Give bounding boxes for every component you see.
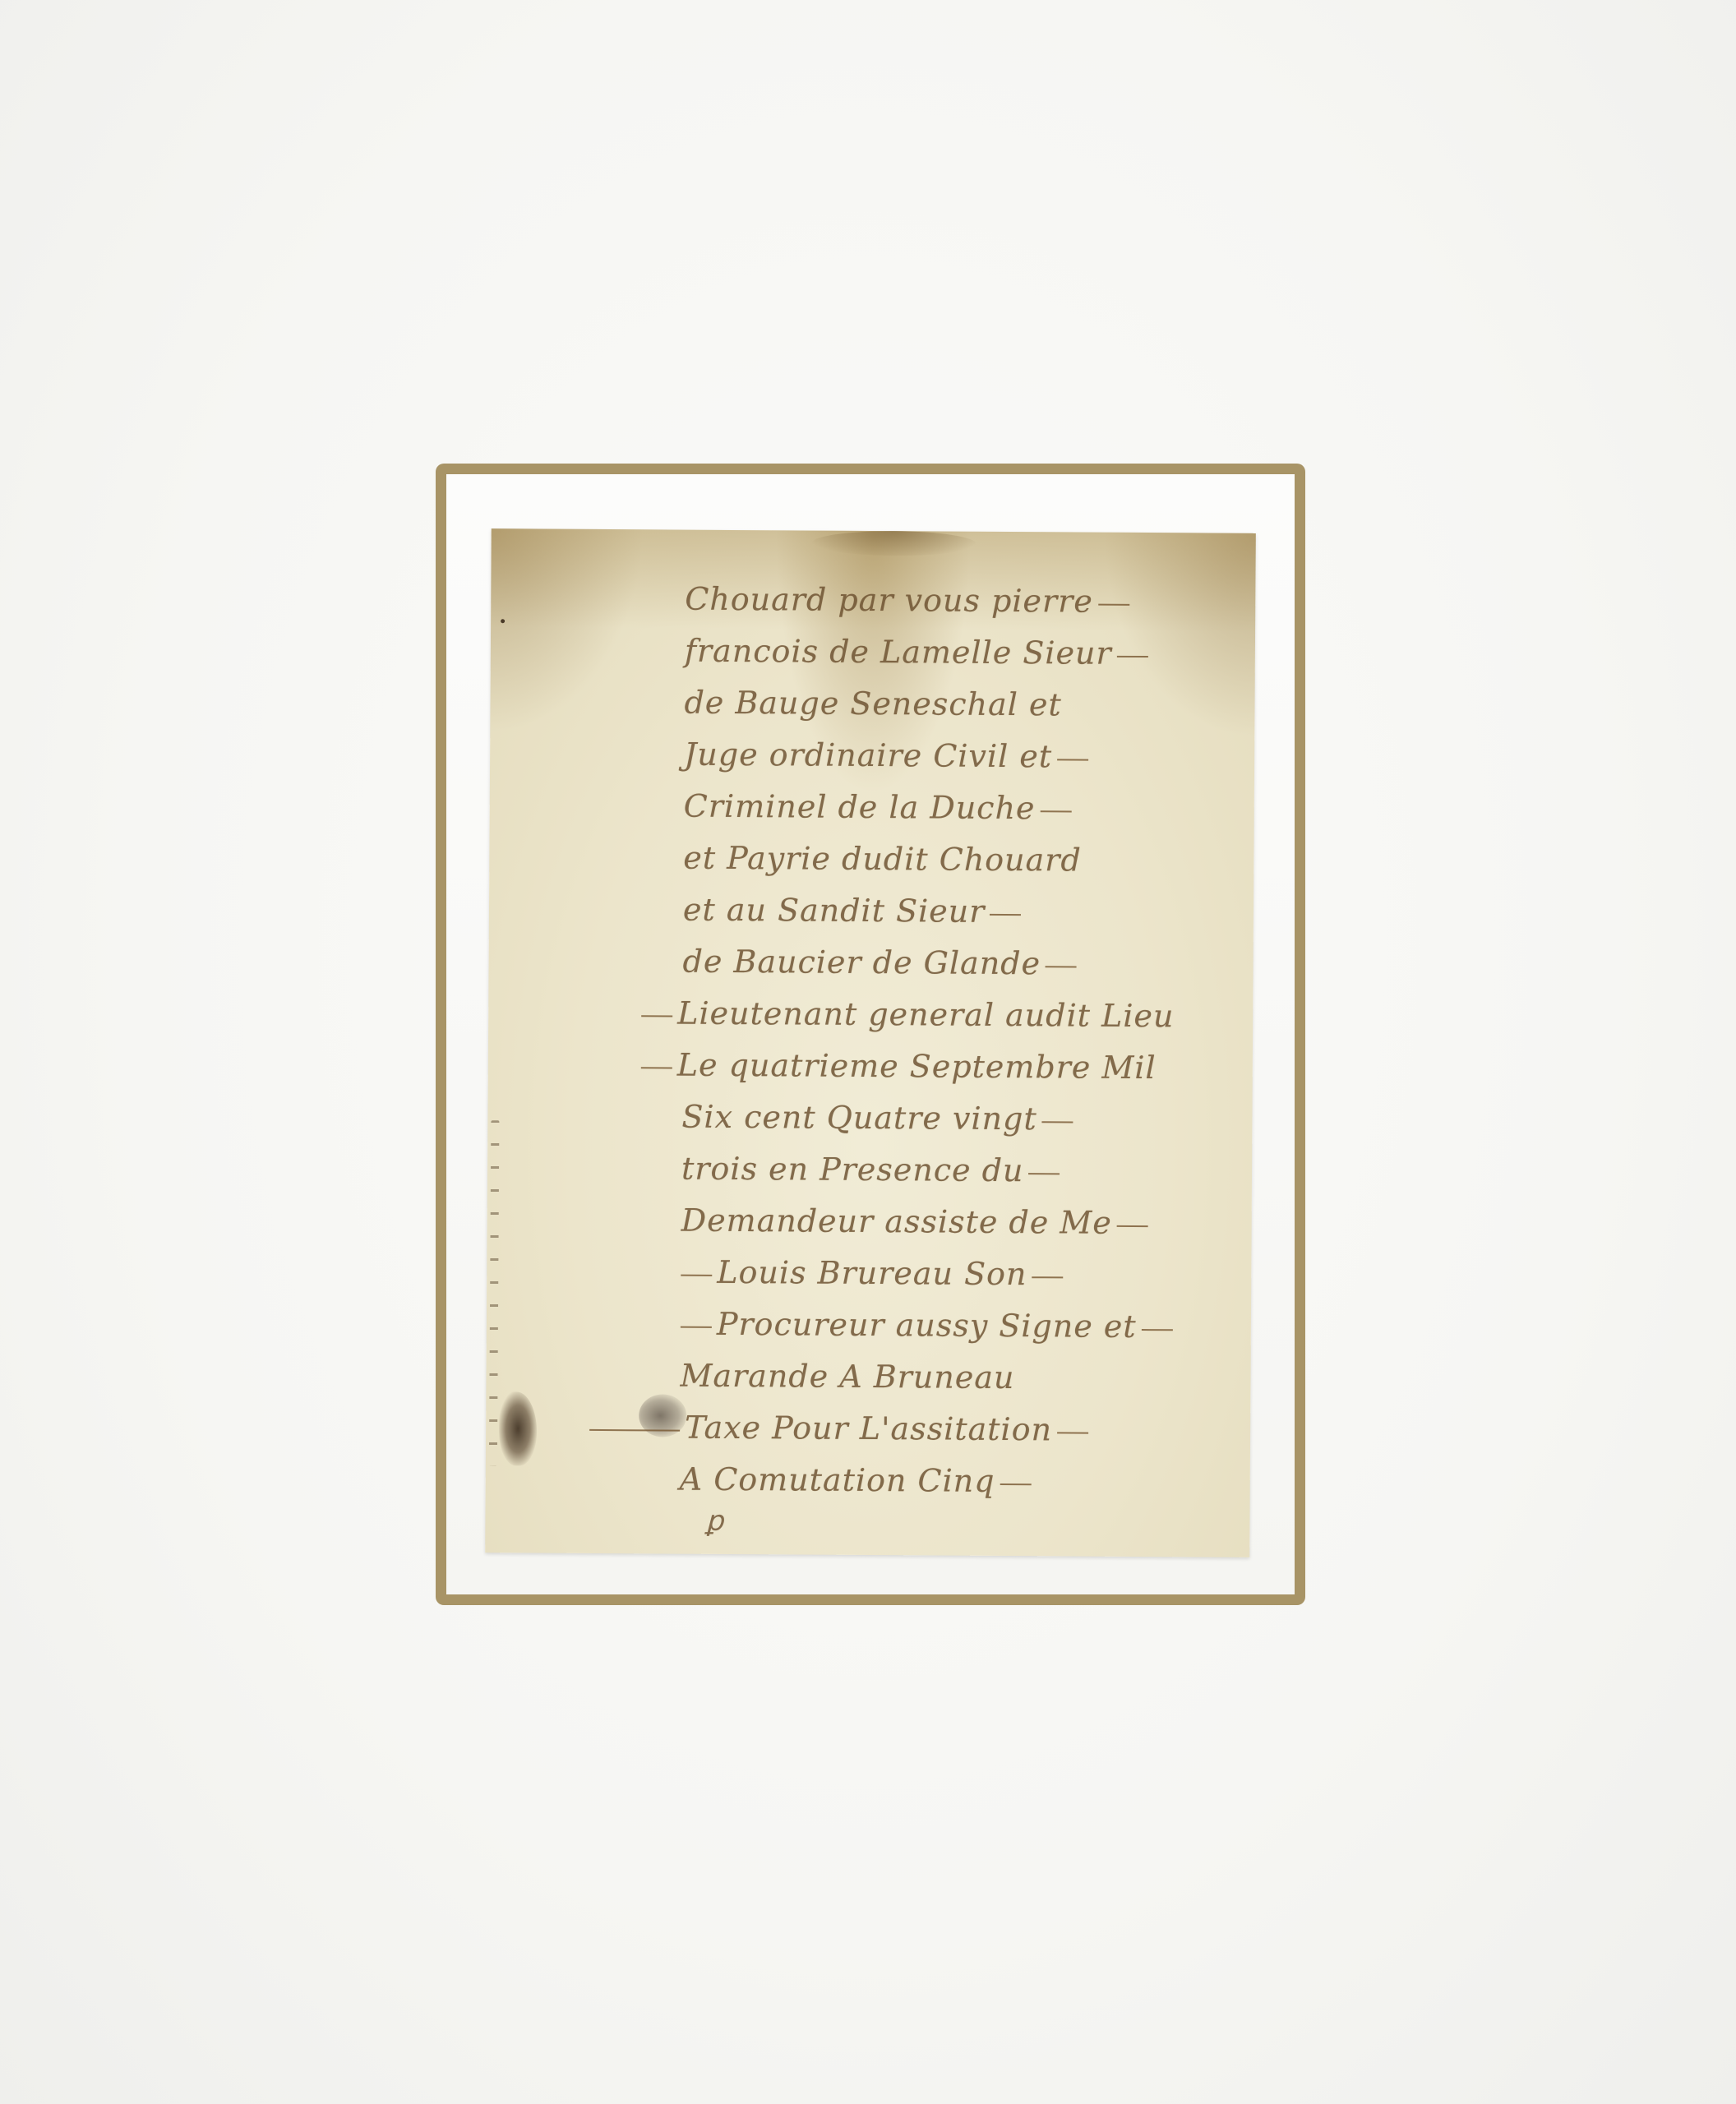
signature-flourish: ꝑ [705, 1505, 723, 1538]
script-line: trois en Presence du [681, 1151, 1224, 1206]
script-line: Chouard par vous pierre [685, 581, 1227, 636]
script-line: Procureur aussy Signe et [681, 1306, 1223, 1361]
ink-dot [501, 619, 505, 623]
script-line: Taxe Pour L'assitation [589, 1409, 1132, 1464]
ink-blot-stain [499, 1391, 538, 1465]
edge-wear [489, 1120, 500, 1465]
handwritten-text: Chouard par vous pierre francois de Lame… [685, 581, 1227, 584]
script-line: A Comutation Cinq [680, 1461, 1222, 1516]
script-line: Six cent Quatre vingt [681, 1099, 1224, 1154]
script-line: Le quatrieme Septembre Mil [641, 1046, 1184, 1101]
script-line: francois de Lamelle Sieur [685, 633, 1227, 688]
script-line: de Baucier de Glande [682, 944, 1225, 999]
script-line: Marande A Bruneau [680, 1358, 1222, 1413]
script-line: Juge ordinaire Civil et [684, 736, 1226, 791]
script-line: Criminel de la Duche [684, 788, 1226, 843]
manuscript-page: Chouard par vous pierre francois de Lame… [485, 528, 1256, 1557]
script-line: Lieutenant general audit Lieu [641, 994, 1184, 1050]
script-line: et Payrie dudit Chouard [683, 840, 1226, 895]
top-stain [812, 531, 976, 556]
script-line: et au Sandit Sieur [683, 892, 1226, 947]
script-line: Demandeur assiste de Me [681, 1202, 1223, 1257]
script-line: Louis Brureau Son [681, 1254, 1223, 1309]
script-line: de Bauge Seneschal et [684, 685, 1226, 740]
